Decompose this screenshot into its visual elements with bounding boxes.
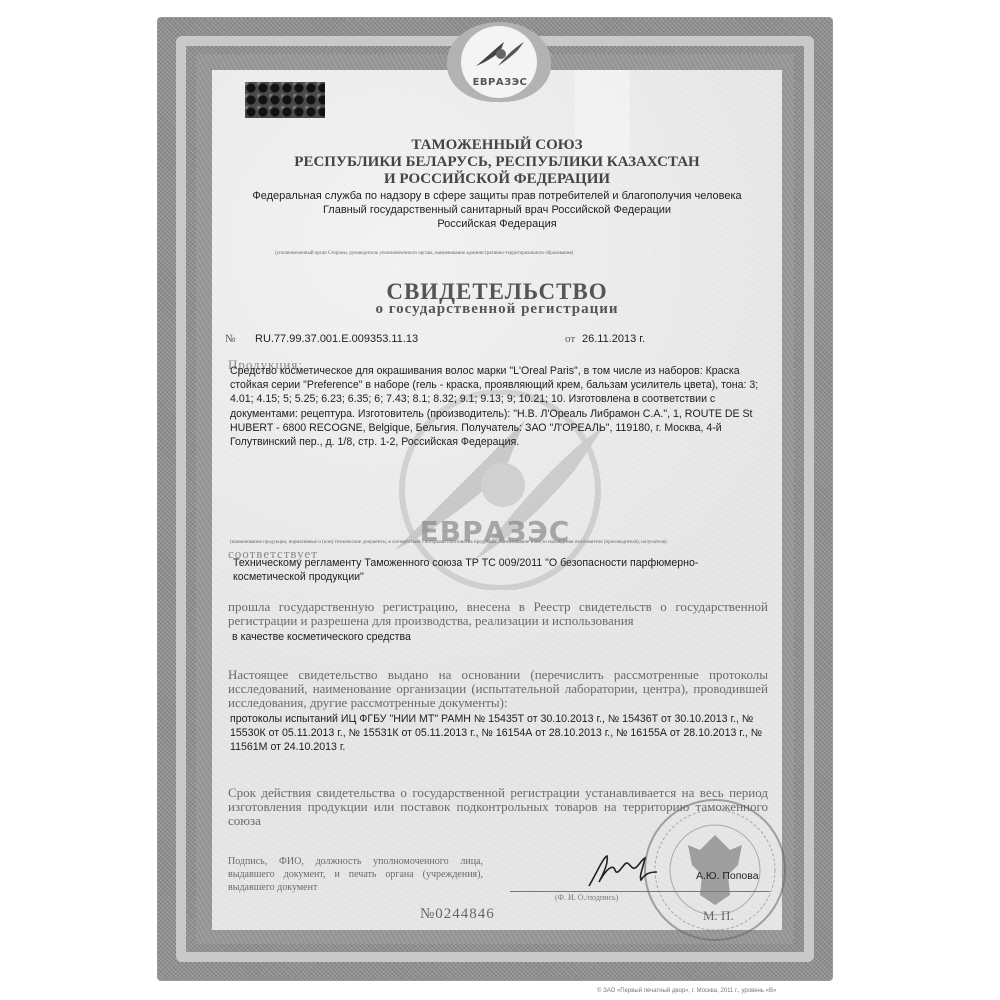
heading-line: ТАМОЖЕННЫЙ СОЮЗ <box>212 137 782 154</box>
product-description: Средство косметическое для окрашивания в… <box>230 364 775 449</box>
document-subtitle: о государственной регистрации <box>212 301 782 318</box>
agency-line: Главный государственный санитарный врач … <box>212 203 782 217</box>
emblem-label: ЕВРАЗЭС <box>458 77 542 88</box>
usage-purpose: в качестве косметического средства <box>232 630 411 644</box>
registration-date: 26.11.2013 г. <box>582 333 645 345</box>
signature-line <box>510 891 770 892</box>
signer-name: А.Ю. Попова <box>696 870 759 882</box>
signature-icon <box>585 850 660 890</box>
seal-mark: М. П. <box>703 908 734 924</box>
heading-line: И РОССИЙСКОЙ ФЕДЕРАЦИИ <box>212 171 782 188</box>
customs-union-heading: ТАМОЖЕННЫЙ СОЮЗ РЕСПУБЛИКИ БЕЛАРУСЬ, РЕС… <box>212 137 782 188</box>
signature-caption: (Ф. И. О./подпись) <box>555 893 618 902</box>
agency-line: Федеральная служба по надзору в сфере за… <box>212 189 782 203</box>
form-number: №0244846 <box>420 906 495 923</box>
registration-number: RU.77.99.37.001.Е.009353.11.13 <box>255 333 418 345</box>
basis-statement: Настоящее свидетельство выдано на основа… <box>228 668 768 710</box>
heading-line: РЕСПУБЛИКИ БЕЛАРУСЬ, РЕСПУБЛИКИ КАЗАХСТА… <box>212 154 782 171</box>
hologram-sticker <box>245 82 325 118</box>
date-label: от <box>565 333 575 345</box>
evrazes-emblem-icon <box>474 40 526 68</box>
printer-note: © ЗАО «Первый печатный двор», г. Москва,… <box>597 988 776 994</box>
authority-caption: (уполномоченный орган Стороны, руководит… <box>275 251 573 256</box>
agency-line: Российская Федерация <box>212 217 782 231</box>
signer-label: Подпись, ФИО, должность уполномоченного … <box>228 855 483 894</box>
product-caption: (наименование продукции, нормативные и (… <box>230 540 667 545</box>
technical-regulation: Техническому регламенту Таможенного союз… <box>233 556 753 584</box>
registration-statement: прошла государственную регистрацию, внес… <box>228 600 768 628</box>
number-label: № <box>225 333 236 345</box>
issuing-agency: Федеральная служба по надзору в сфере за… <box>212 189 782 231</box>
test-protocols: протоколы испытаний ИЦ ФГБУ "НИИ МТ" РАМ… <box>230 712 775 755</box>
